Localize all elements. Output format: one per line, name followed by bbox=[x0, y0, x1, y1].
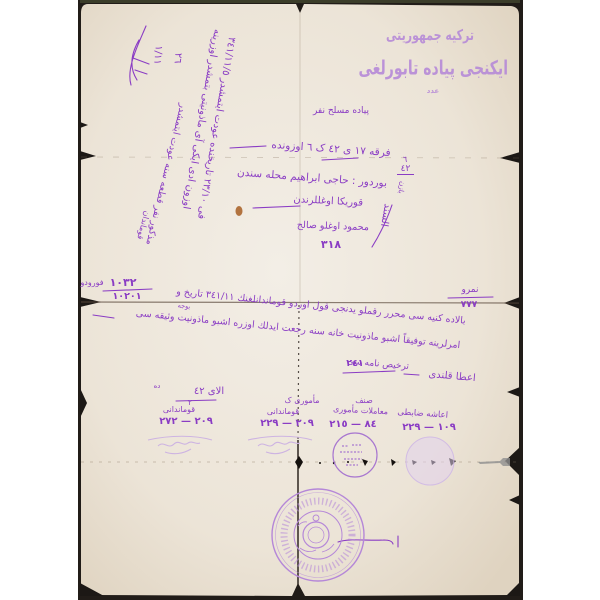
document-number-label: نمرو bbox=[450, 286, 490, 295]
reference-number: ١٠٣٢ bbox=[104, 277, 142, 288]
signature-numbers: ٢٠٩ — ٢٧٢ bbox=[148, 417, 224, 427]
brown-stain bbox=[236, 206, 243, 216]
margin-fraction-top: ٦ bbox=[399, 156, 411, 164]
birth-year: ٣١٨ bbox=[316, 239, 346, 250]
round-stamp-supply-officer bbox=[406, 437, 454, 485]
reference-sub-number: ١٠٢٠١ bbox=[111, 292, 143, 302]
heading-label: پیاده مسلح نفر bbox=[312, 107, 370, 116]
signature-numbers: ٢٠٩ — ٢٢٩ bbox=[253, 419, 321, 429]
signature-title: قوماندانی bbox=[148, 406, 210, 414]
header-stamp-line-2: ایکنجی پیاده تابورلغی bbox=[366, 59, 508, 79]
body-line-3-number: ٢٤١ bbox=[342, 359, 368, 369]
document-number-value: ٧٧٧ bbox=[453, 301, 485, 310]
header-stamp-line-3: عدد bbox=[420, 88, 446, 95]
signature-title: مأموری ک bbox=[270, 397, 334, 405]
signature-title: صنف bbox=[353, 397, 375, 405]
signature-title: ده bbox=[146, 383, 168, 390]
signature-title: الای ٤٢ bbox=[170, 387, 248, 397]
signature-numbers: ١٠٩ — ٢٢٩ bbox=[398, 423, 460, 433]
reference-label: فورودو bbox=[78, 279, 106, 287]
signature-numbers: ٨٤ — ٢١٥ bbox=[318, 420, 388, 430]
signature-title: قوماندانی bbox=[256, 408, 310, 416]
backing-top-strip bbox=[80, 0, 520, 3]
header-stamp-line-1: ترکیه جمهوریتی bbox=[372, 28, 488, 43]
name-line: محمود اوغلو صالح bbox=[303, 221, 369, 233]
document-scan: ترکیه جمهوریتی ایکنجی پیاده تابورلغی عدد… bbox=[0, 0, 600, 600]
